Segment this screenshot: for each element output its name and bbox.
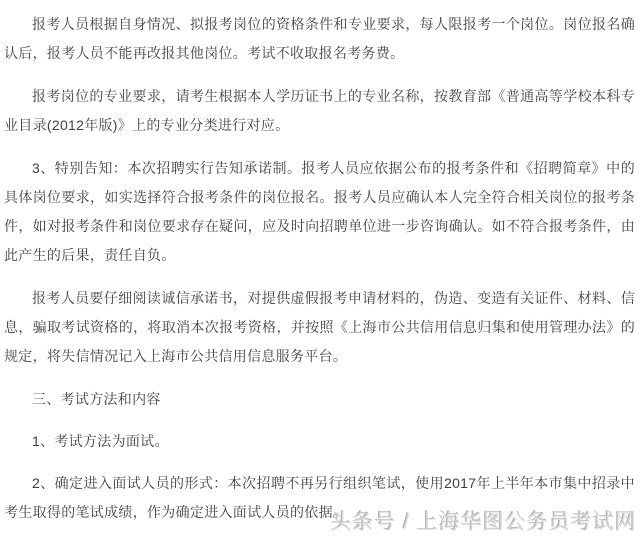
paragraph-application-limit: 报考人员根据自身情况、拟报考岗位的资格条件和专业要求，每人限报考一个岗位。岗位报… bbox=[4, 10, 635, 68]
list-item-interview-selection: 2、确定进入面试人员的形式：本次招聘不再另行组织笔试，使用2017年上半年本市集… bbox=[4, 469, 635, 527]
list-item-exam-method: 1、考试方法为面试。 bbox=[4, 427, 635, 456]
paragraph-special-notice: 3、特别告知：本次招聘实行告知承诺制。报考人员应依据公布的报考条件和《招聘简章》… bbox=[4, 154, 635, 270]
paragraph-integrity-commitment: 报考人员要仔细阅读诚信承诺书，对提供虚假报考申请材料的，伪造、变造有关证件、材料… bbox=[4, 284, 635, 371]
section-heading-exam-method-content: 三、考试方法和内容 bbox=[4, 385, 635, 414]
paragraph-major-requirement: 报考岗位的专业要求，请考生根据本人学历证书上的专业名称，按教育部《普通高等学校本… bbox=[4, 82, 635, 140]
document-body: 报考人员根据自身情况、拟报考岗位的资格条件和专业要求，每人限报考一个岗位。岗位报… bbox=[0, 0, 640, 527]
